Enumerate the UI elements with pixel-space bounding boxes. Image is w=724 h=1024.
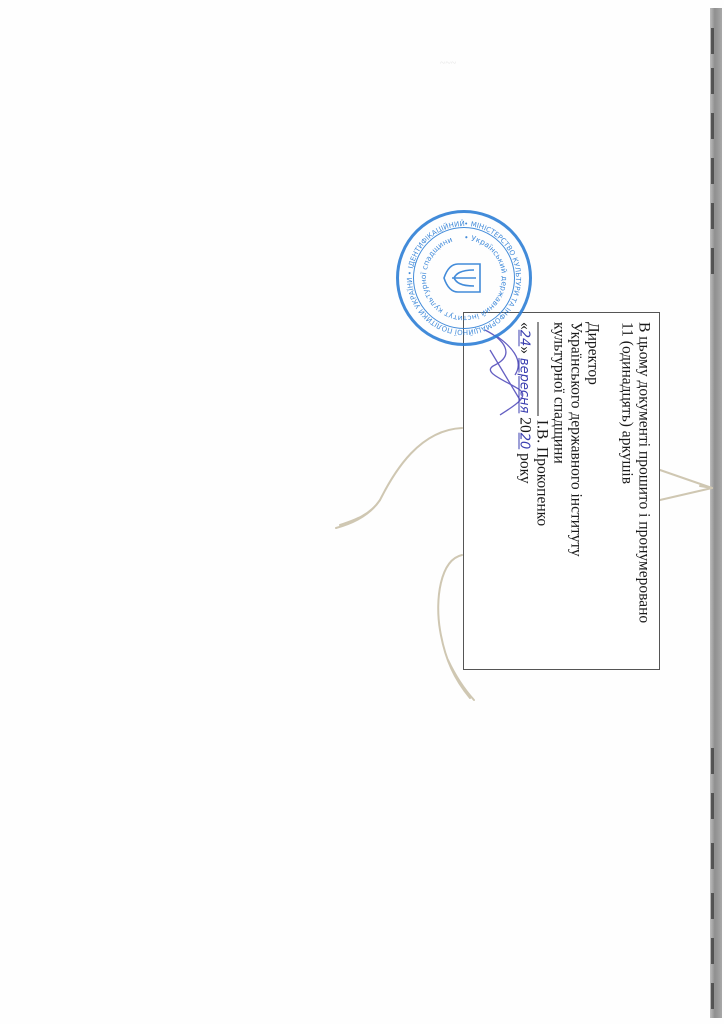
signer-title: Директор <box>584 322 601 660</box>
bleed-through-text: ~~~ <box>440 58 456 69</box>
official-stamp: • МІНІСТЕРСТВО КУЛЬТУРИ ТА ІНФОРМАЦІЙНОЇ… <box>396 210 532 346</box>
signature-blank <box>537 322 550 416</box>
organization-line-1: Українського державного інституту <box>567 322 584 660</box>
scanned-page: В цьому документі прошито і пронумерован… <box>0 0 724 1024</box>
cert-line-1: В цьому документі прошито і пронумерован… <box>635 322 652 660</box>
date-year: 20 <box>516 433 531 450</box>
date-word: року <box>516 453 533 484</box>
organization-line-2: культурної спадщини <box>550 322 567 660</box>
cert-line-2: 11 (одинадцять) аркушів <box>618 322 635 660</box>
signature-line: І.В. Прокопенко <box>533 322 550 660</box>
trident-coat-of-arms-icon: • МІНІСТЕРСТВО КУЛЬТУРИ ТА ІНФОРМАЦІЙНОЇ… <box>399 213 529 343</box>
signatory-name: І.В. Прокопенко <box>533 420 550 526</box>
